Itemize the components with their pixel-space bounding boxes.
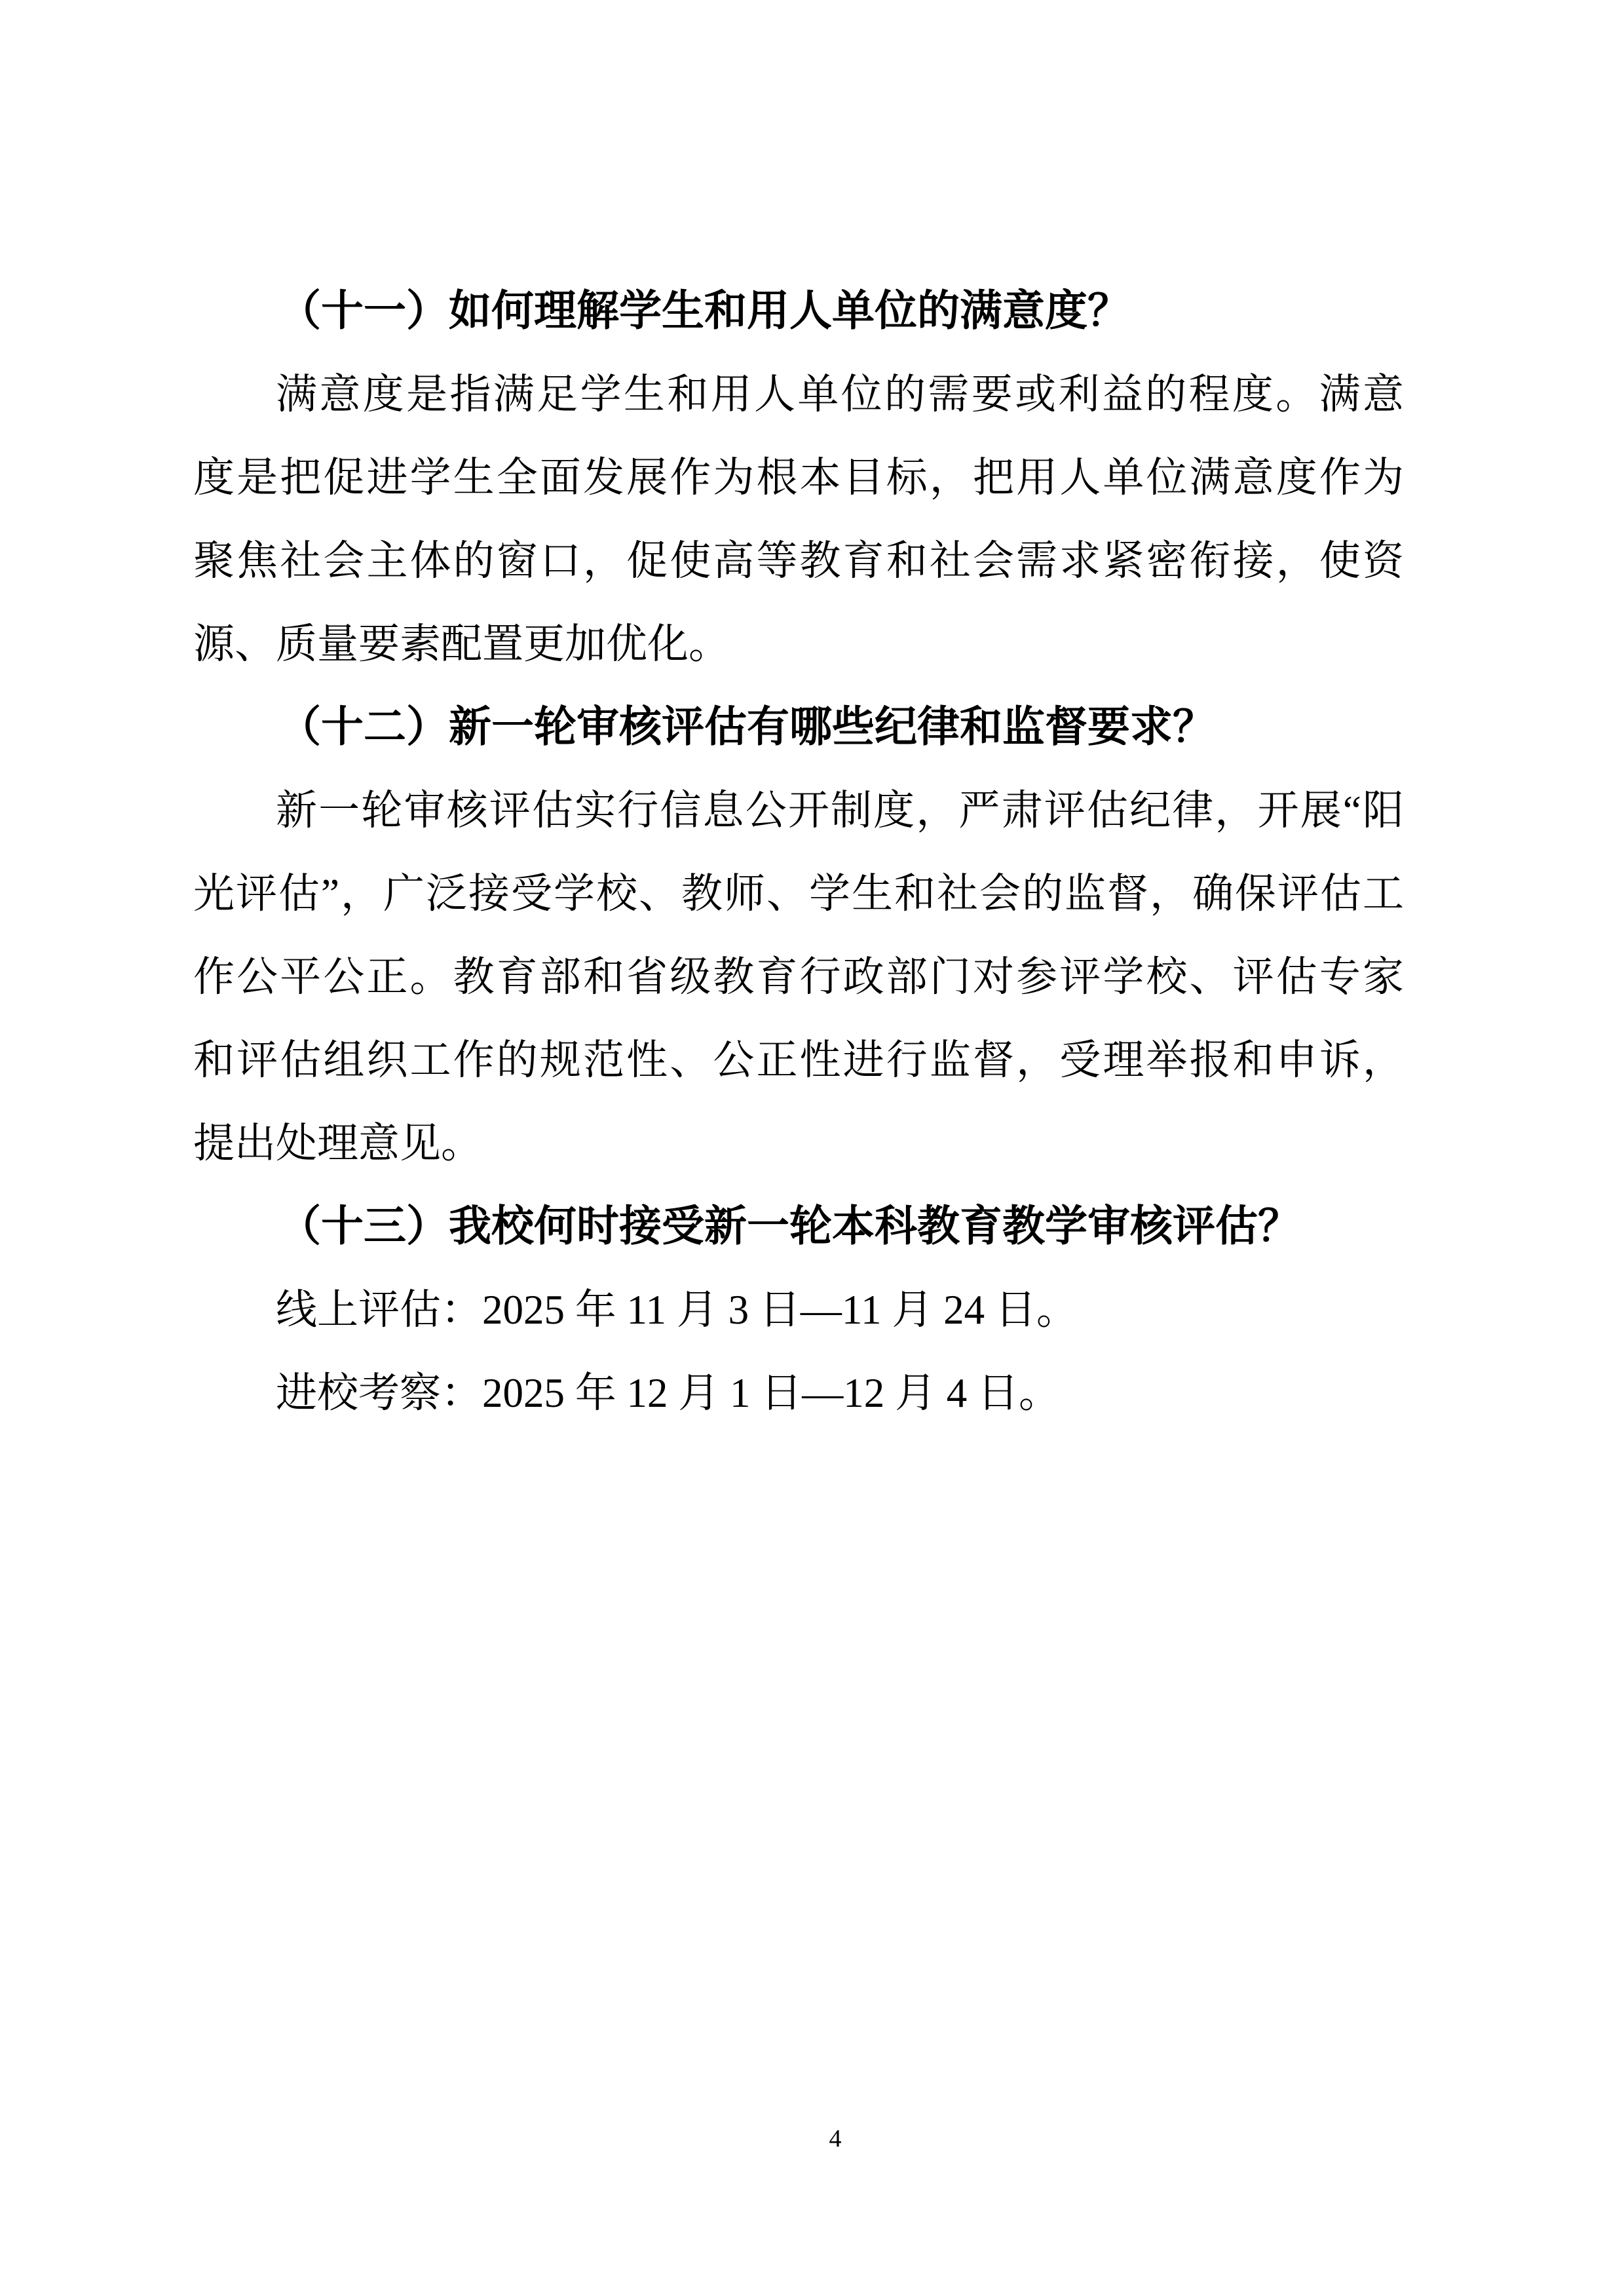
body-text-line: 度是把促进学生全面发展作为根本目标，把用人单位满意度作为 bbox=[193, 436, 1404, 520]
body-text-line: 新一轮审核评估实行信息公开制度，严肃评估纪律，开展“阳 bbox=[193, 769, 1404, 852]
page-number: 4 bbox=[829, 2125, 842, 2152]
body-text-line: 满意度是指满足学生和用人单位的需要或利益的程度。满意 bbox=[193, 353, 1404, 436]
body-text-line: 作公平公正。教育部和省级教育行政部门对参评学校、评估专家 bbox=[193, 936, 1404, 1019]
body-text-line: 光评估”，广泛接受学校、教师、学生和社会的监督，确保评估工 bbox=[193, 852, 1404, 936]
section-heading-11: （十一）如何理解学生和用人单位的满意度？ bbox=[193, 270, 1404, 353]
body-text-line-online-evaluation-dates: 线上评估：2025 年 11 月 3 日—11 月 24 日。 bbox=[193, 1269, 1404, 1352]
section-heading-13: （十三）我校何时接受新一轮本科教育教学审核评估？ bbox=[193, 1185, 1404, 1269]
document-page: （十一）如何理解学生和用人单位的满意度？ 满意度是指满足学生和用人单位的需要或利… bbox=[0, 0, 1624, 2296]
body-text-line: 聚焦社会主体的窗口，促使高等教育和社会需求紧密衔接，使资 bbox=[193, 520, 1404, 603]
document-body: （十一）如何理解学生和用人单位的满意度？ 满意度是指满足学生和用人单位的需要或利… bbox=[193, 270, 1404, 1435]
section-heading-12: （十二）新一轮审核评估有哪些纪律和监督要求？ bbox=[193, 686, 1404, 769]
body-text-line-onsite-visit-dates: 进校考察：2025 年 12 月 1 日—12 月 4 日。 bbox=[193, 1352, 1404, 1435]
body-text-line: 源、质量要素配置更加优化。 bbox=[193, 603, 1404, 686]
body-text-line: 和评估组织工作的规范性、公正性进行监督，受理举报和申诉， bbox=[193, 1019, 1404, 1102]
body-text-line: 提出处理意见。 bbox=[193, 1102, 1404, 1185]
